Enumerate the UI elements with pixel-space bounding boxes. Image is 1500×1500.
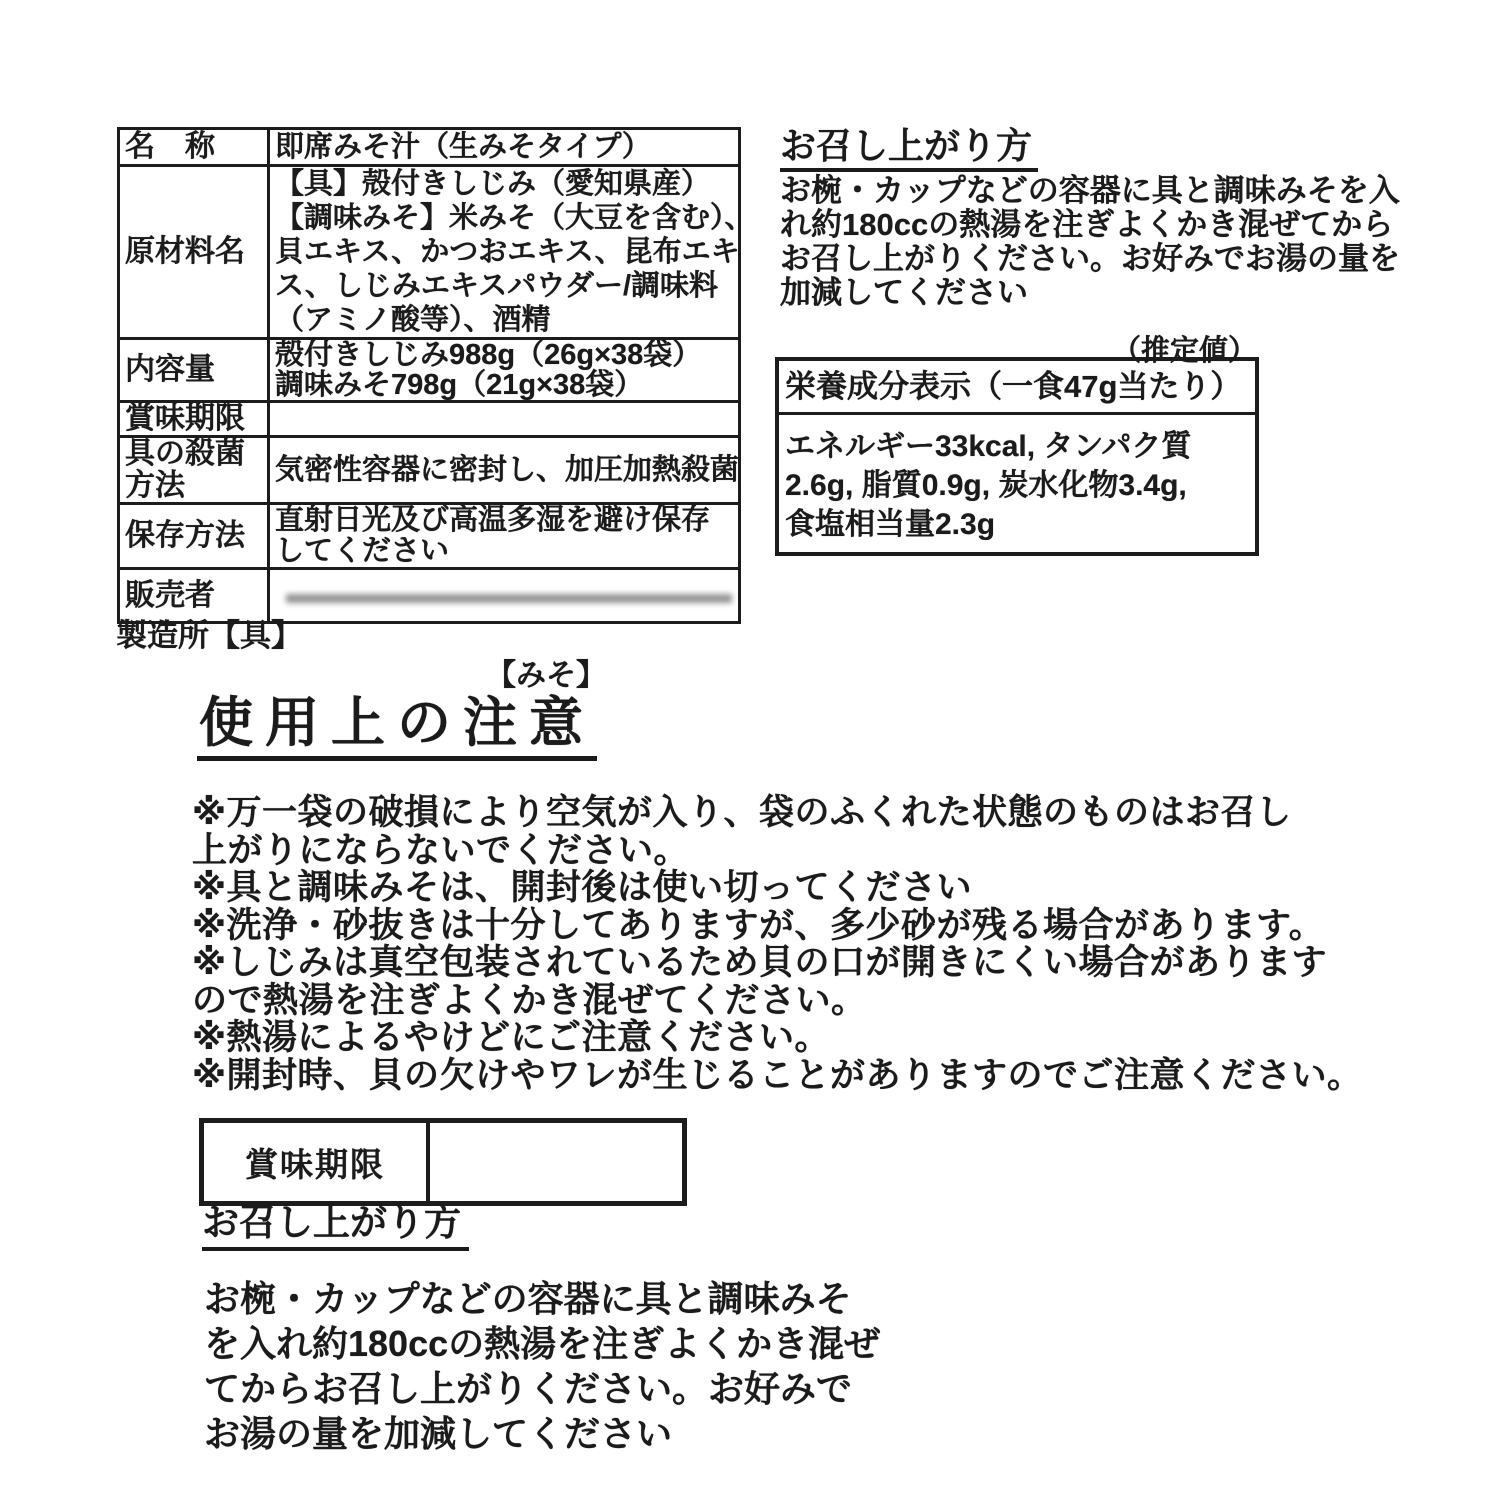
- precaution-line: ※開封時、貝の欠けやワレが生じることがありますのでご注意ください。: [192, 1057, 1363, 1095]
- row-label-text: 賞味期限: [125, 402, 245, 435]
- precaution-line: ※万一袋の破損により空気が入り、袋のふくれた状態のものはお召し: [192, 794, 1363, 832]
- precaution-line: ※洗浄・砂抜きは十分してありますが、多少砂が残る場合があります。: [192, 907, 1363, 945]
- row-label-best-before: 賞味期限: [119, 402, 269, 437]
- row-label-text: 具の殺菌方法: [125, 437, 245, 502]
- precautions-heading: 使用上の注意: [197, 694, 597, 761]
- serving-heading-top: お召し上がり方: [780, 126, 1038, 172]
- nutrition-line: 食塩相当量2.3g: [785, 505, 1251, 544]
- precaution-line: ※具と調味みそは、開封後は使い切ってください: [192, 869, 1363, 907]
- net-content-line: 調味みそ798g（21g×38袋）: [275, 370, 736, 400]
- row-value-best-before: [269, 402, 740, 437]
- ingredients-line: ス、しじみエキスパウダー/調味料: [275, 269, 736, 303]
- row-label-text: 保存方法: [125, 519, 245, 552]
- nutrition-values: エネルギー33kcal, タンパク質 2.6g, 脂質0.9g, 炭水化物3.4…: [779, 415, 1255, 552]
- serving-line: 加減してください: [780, 276, 1400, 310]
- net-content-line: 殻付きしじみ988g（26g×38袋）: [275, 340, 736, 370]
- ingredients-line: （アミノ酸等）、酒精: [275, 303, 736, 337]
- row-value-text: 即席みそ汁（生みそタイプ）: [275, 131, 651, 163]
- row-value-storage: 直射日光及び高温多湿を避け保存 してください: [269, 504, 740, 569]
- nutrition-box: 栄養成分表示（一食47g当たり） エネルギー33kcal, タンパク質 2.6g…: [775, 357, 1259, 556]
- row-value-sterilization: 気密性容器に密封し、加圧加熱殺菌: [269, 437, 740, 504]
- table-row-net-content: 内容量 殻付きしじみ988g（26g×38袋） 調味みそ798g（21g×38袋…: [119, 339, 740, 402]
- ingredients-line: 【具】殻付きしじみ（愛知県産）: [275, 167, 736, 201]
- nutrition-line: エネルギー33kcal, タンパク質: [785, 427, 1251, 466]
- precautions-list: ※万一袋の破損により空気が入り、袋のふくれた状態のものはお召し 上がりにならない…: [192, 794, 1363, 1094]
- row-label-text: 内容量: [125, 353, 215, 386]
- storage-line: 直射日光及び高温多湿を避け保存: [275, 505, 736, 536]
- row-label-sterilization: 具の殺菌方法: [119, 437, 269, 504]
- serving-line: れ約180ccの熱湯を注ぎよくかき混ぜてから: [780, 208, 1400, 242]
- row-value-name: 即席みそ汁（生みそタイプ）: [269, 129, 740, 166]
- nutrition-line: 2.6g, 脂質0.9g, 炭水化物3.4g,: [785, 466, 1251, 505]
- table-row-name: 名 称 即席みそ汁（生みそタイプ）: [119, 129, 740, 166]
- table-row-best-before: 賞味期限: [119, 402, 740, 437]
- nutrition-title: 栄養成分表示（一食47g当たり）: [779, 361, 1255, 415]
- row-label-storage: 保存方法: [119, 504, 269, 569]
- row-label-text: 販売者: [125, 579, 215, 612]
- expiry-label: 賞味期限: [204, 1123, 430, 1201]
- row-label-text: 名 称: [125, 130, 215, 163]
- ingredients-line: 貝エキス、かつおエキス、昆布エキ: [275, 235, 736, 269]
- serving-line: お湯の量を加減してください: [204, 1411, 880, 1456]
- row-label-net-content: 内容量: [119, 339, 269, 402]
- expiry-date-box: 賞味期限: [199, 1118, 687, 1206]
- ingredients-line: 【調味みそ】米みそ（大豆を含む）、: [275, 201, 736, 235]
- precaution-line: ので熱湯を注ぎよくかき混ぜてください。: [192, 982, 1363, 1020]
- serving-line: を入れ約180ccの熱湯を注ぎよくかき混ぜ: [204, 1321, 880, 1366]
- serving-paragraph-top: お椀・カップなどの容器に具と調味みそを入 れ約180ccの熱湯を注ぎよくかき混ぜ…: [780, 174, 1400, 310]
- table-row-ingredients: 原材料名 【具】殻付きしじみ（愛知県産） 【調味みそ】米みそ（大豆を含む）、 貝…: [119, 166, 740, 339]
- serving-line: お椀・カップなどの容器に具と調味みそ: [204, 1276, 880, 1321]
- product-info-table: 名 称 即席みそ汁（生みそタイプ） 原材料名 【具】殻付きしじみ（愛知県産） 【…: [117, 127, 741, 624]
- miso-note: 【みそ】: [486, 650, 606, 694]
- precaution-line: ※熱湯によるやけどにご注意ください。: [192, 1019, 1363, 1057]
- table-row-storage: 保存方法 直射日光及び高温多湿を避け保存 してください: [119, 504, 740, 569]
- serving-line: お椀・カップなどの容器に具と調味みそを入: [780, 174, 1400, 208]
- row-label-ingredients: 原材料名: [119, 166, 269, 339]
- precaution-line: ※しじみは真空包装されているため貝の口が開きにくい場合があります: [192, 944, 1363, 982]
- redacted-smudge: [286, 594, 732, 603]
- row-label-name: 名 称: [119, 129, 269, 166]
- row-label-text: 原材料名: [125, 235, 245, 268]
- serving-line: てからお召し上がりください。お好みで: [204, 1366, 880, 1411]
- row-value-net-content: 殻付きしじみ988g（26g×38袋） 調味みそ798g（21g×38袋）: [269, 339, 740, 402]
- table-row-sterilization: 具の殺菌方法 気密性容器に密封し、加圧加熱殺菌: [119, 437, 740, 504]
- product-label-scan: 名 称 即席みそ汁（生みそタイプ） 原材料名 【具】殻付きしじみ（愛知県産） 【…: [0, 0, 1500, 1500]
- manufacturer-note: 製造所【具】: [116, 610, 302, 655]
- row-value-ingredients: 【具】殻付きしじみ（愛知県産） 【調味みそ】米みそ（大豆を含む）、 貝エキス、か…: [269, 166, 740, 339]
- storage-line: してください: [275, 536, 736, 567]
- serving-line: お召し上がりください。お好みでお湯の量を: [780, 242, 1400, 276]
- serving-paragraph-bottom: お椀・カップなどの容器に具と調味みそ を入れ約180ccの熱湯を注ぎよくかき混ぜ…: [204, 1276, 880, 1456]
- row-value-text: 気密性容器に密封し、加圧加熱殺菌: [275, 454, 739, 486]
- serving-heading-bottom: お召し上がり方: [202, 1202, 469, 1251]
- expiry-value: [430, 1123, 682, 1201]
- precaution-line: 上がりにならないでください。: [192, 832, 1363, 870]
